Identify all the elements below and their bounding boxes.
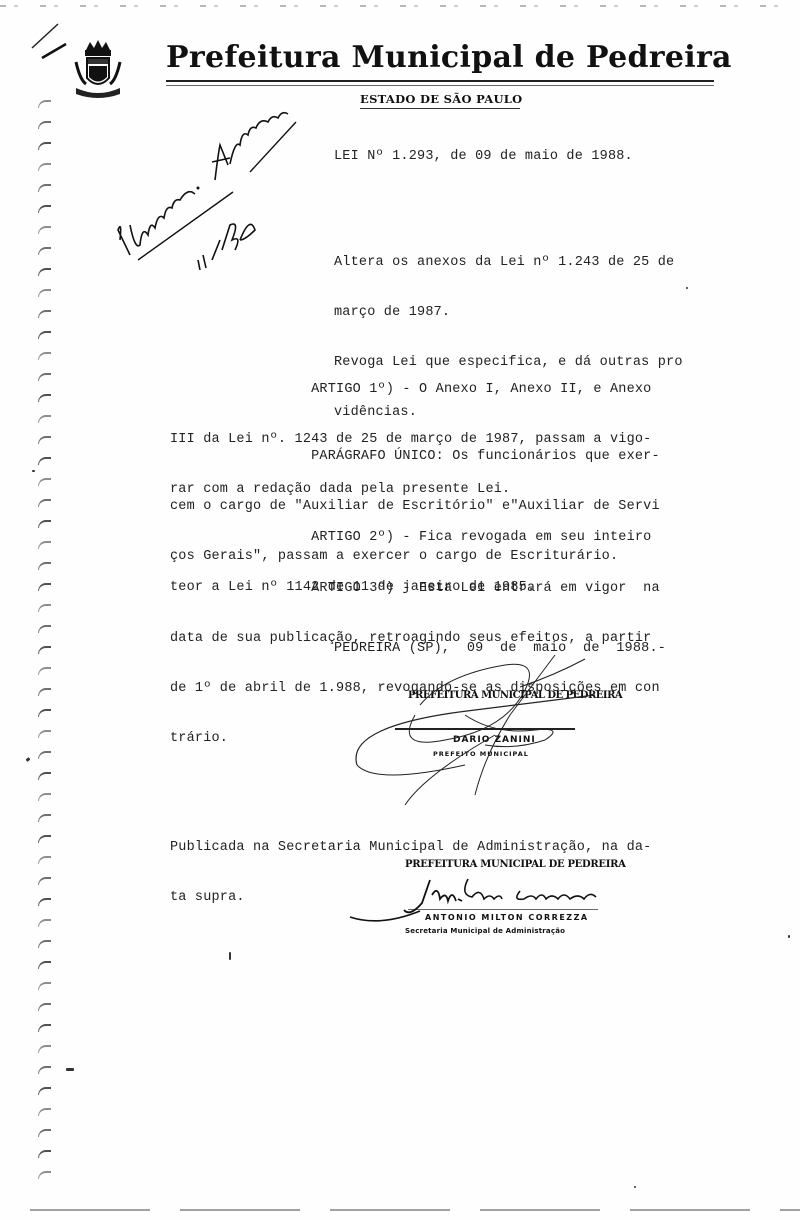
article-line: ARTIGO 3º) - Esta Lei entrará em vigor n… xyxy=(170,581,660,598)
margin-mark xyxy=(38,184,51,192)
scan-artifact-bottom-edge xyxy=(30,1209,800,1211)
mayor-handwritten-signature-icon xyxy=(355,655,595,805)
margin-mark xyxy=(38,646,51,654)
margin-mark xyxy=(38,121,51,129)
margin-mark xyxy=(38,247,51,255)
article-line: PARÁGRAFO ÚNICO: Os funcionários que exe… xyxy=(170,449,660,466)
margin-mark xyxy=(38,1066,51,1074)
margin-mark xyxy=(38,877,51,885)
margin-mark xyxy=(38,940,51,948)
margin-mark xyxy=(38,583,51,591)
margin-mark xyxy=(38,499,51,507)
margin-mark xyxy=(38,751,51,759)
mayor-signature-block: PREFEITURA MUNICIPAL DE PEDREIRA DARIO Z… xyxy=(355,655,595,805)
margin-mark xyxy=(38,835,51,843)
margin-mark xyxy=(38,289,51,297)
summary-line: março de 1987. xyxy=(334,305,683,322)
margin-mark xyxy=(38,1171,51,1179)
margin-mark xyxy=(38,1087,51,1095)
article-line: ARTIGO 2º) - Fica revogada em seu inteir… xyxy=(170,530,651,547)
scan-speck xyxy=(66,1068,74,1071)
margin-mark xyxy=(38,478,51,486)
corner-pen-mark-icon xyxy=(28,14,68,64)
secretary-signature-block: PREFEITURA MUNICIPAL DE PEDREIRA ANTONIO… xyxy=(340,855,620,945)
margin-mark xyxy=(38,1045,51,1053)
margin-mark xyxy=(38,625,51,633)
margin-mark xyxy=(38,373,51,381)
margin-mark xyxy=(38,1024,51,1032)
margin-mark xyxy=(38,898,51,906)
margin-mark xyxy=(38,541,51,549)
margin-mark xyxy=(38,688,51,696)
margin-mark xyxy=(38,163,51,171)
letterhead-subtitle-underline xyxy=(360,108,520,109)
left-margin-binding-marks xyxy=(30,100,60,1200)
margin-mark xyxy=(38,919,51,927)
margin-mark xyxy=(38,793,51,801)
scan-speck xyxy=(32,470,35,472)
margin-mark xyxy=(38,814,51,822)
margin-mark xyxy=(38,331,51,339)
margin-mark xyxy=(38,772,51,780)
letterhead-divider xyxy=(166,80,714,86)
margin-mark xyxy=(38,1108,51,1116)
scan-artifact-top-edge xyxy=(0,5,800,7)
margin-mark xyxy=(38,520,51,528)
article-line: ARTIGO 1º) - O Anexo I, Anexo II, e Anex… xyxy=(170,382,651,399)
summary-line: Altera os anexos da Lei nº 1.243 de 25 d… xyxy=(334,255,683,272)
letterhead-subtitle: ESTADO DE SÃO PAULO xyxy=(360,92,522,106)
margin-mark xyxy=(38,310,51,318)
margin-mark xyxy=(38,142,51,150)
margin-mark xyxy=(38,562,51,570)
scan-speck xyxy=(686,287,688,289)
margin-mark xyxy=(38,415,51,423)
letterhead-title: Prefeitura Municipal de Pedreira xyxy=(166,40,732,75)
scan-speck xyxy=(634,1186,636,1188)
handwritten-archive-annotation xyxy=(100,100,320,290)
margin-mark xyxy=(38,436,51,444)
margin-mark xyxy=(38,667,51,675)
scan-speck xyxy=(788,935,790,938)
municipal-coat-of-arms-icon xyxy=(70,40,126,102)
margin-mark xyxy=(38,457,51,465)
law-title: LEI Nº 1.293, de 09 de maio de 1988. xyxy=(334,149,633,166)
margin-mark xyxy=(38,709,51,717)
margin-mark xyxy=(38,1150,51,1158)
margin-mark xyxy=(38,268,51,276)
margin-mark xyxy=(38,730,51,738)
secretary-handwritten-signature-icon xyxy=(340,855,620,945)
margin-mark xyxy=(38,226,51,234)
margin-mark xyxy=(38,961,51,969)
margin-mark xyxy=(38,100,51,108)
margin-mark xyxy=(38,352,51,360)
scan-speck xyxy=(229,952,231,960)
margin-mark xyxy=(38,856,51,864)
margin-mark xyxy=(38,982,51,990)
margin-mark xyxy=(38,604,51,612)
margin-mark xyxy=(38,1129,51,1137)
margin-mark xyxy=(38,205,51,213)
margin-mark xyxy=(38,394,51,402)
margin-mark xyxy=(38,1003,51,1011)
